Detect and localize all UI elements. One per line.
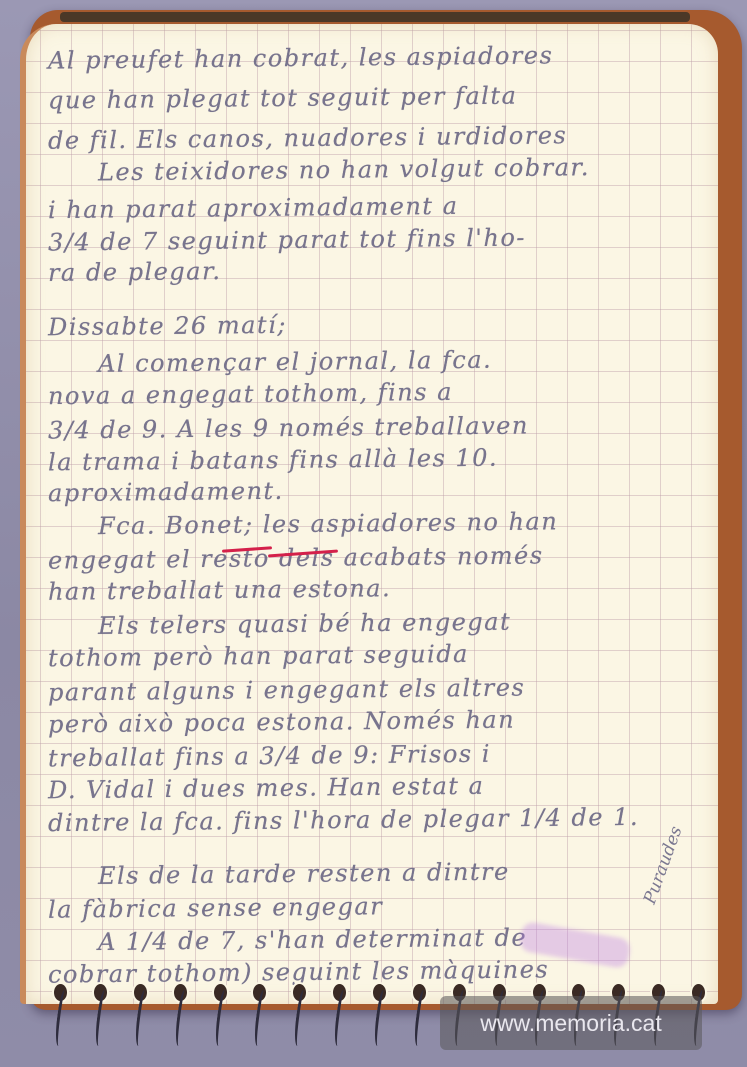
text-line-3: de fil. Els canos, nuadores i urdidores xyxy=(48,121,568,154)
spiral-coil xyxy=(329,980,351,1050)
text-line-5: i han parat aproximadament a xyxy=(48,192,459,224)
text-line-17: han treballat una estona. xyxy=(48,574,391,606)
text-line-1: Al preufet han cobrat, les aspiadores xyxy=(48,41,554,74)
text-line-7: ra de plegar. xyxy=(48,257,222,287)
text-line-10: Al començar el jornal, la fca. xyxy=(48,346,493,379)
text-line-27: la fàbrica sense engegar xyxy=(48,892,383,924)
text-line-19: tothom però han parat seguida xyxy=(48,640,469,672)
watermark: www.memoria.cat xyxy=(440,996,702,1050)
spiral-coil xyxy=(130,980,152,1050)
text-line-14: aproximadament. xyxy=(48,477,284,507)
spiral-coil xyxy=(210,980,232,1050)
spiral-coil xyxy=(409,980,431,1050)
text-line-15: Fca. Bonet; les aspiadores no han xyxy=(48,507,559,540)
text-line-2: que han plegat tot seguit per falta xyxy=(48,82,518,115)
spiral-coil xyxy=(289,980,311,1050)
text-line-11: nova a engegat tothom, fins a xyxy=(48,378,453,410)
spiral-coil xyxy=(249,980,271,1050)
text-line-20: parant alguns i engegant els altres xyxy=(48,674,526,707)
text-line-date: Dissabte 26 matí; xyxy=(48,311,287,341)
text-line-12: 3/4 de 9. A les 9 només treballaven xyxy=(48,411,529,444)
text-line-21: però això poca estona. Només han xyxy=(48,706,515,739)
spiral-coil xyxy=(369,980,391,1050)
text-line-18: Els telers quasi bé ha engegat xyxy=(48,608,511,641)
text-line-4: Les teixidores no han volgut cobrar. xyxy=(48,153,590,187)
spiral-coil xyxy=(50,980,72,1050)
text-line-22: treballat fins a 3/4 de 9: Frisos i xyxy=(48,740,491,773)
cover-edge xyxy=(60,12,690,22)
text-line-28: A 1/4 de 7, s'han determinat de xyxy=(48,923,527,956)
text-line-13: la trama i batans fins allà les 10. xyxy=(48,444,498,477)
text-line-16: engegat el resto dels acabats només xyxy=(48,541,544,574)
text-line-23: D. Vidal i dues mes. Han estat a xyxy=(48,772,485,805)
spiral-coil xyxy=(90,980,112,1050)
text-line-6: 3/4 de 7 seguint parat tot fins l'ho- xyxy=(48,223,526,256)
spiral-coil xyxy=(170,980,192,1050)
text-line-26: Els de la tarde resten a dintre xyxy=(48,858,510,891)
